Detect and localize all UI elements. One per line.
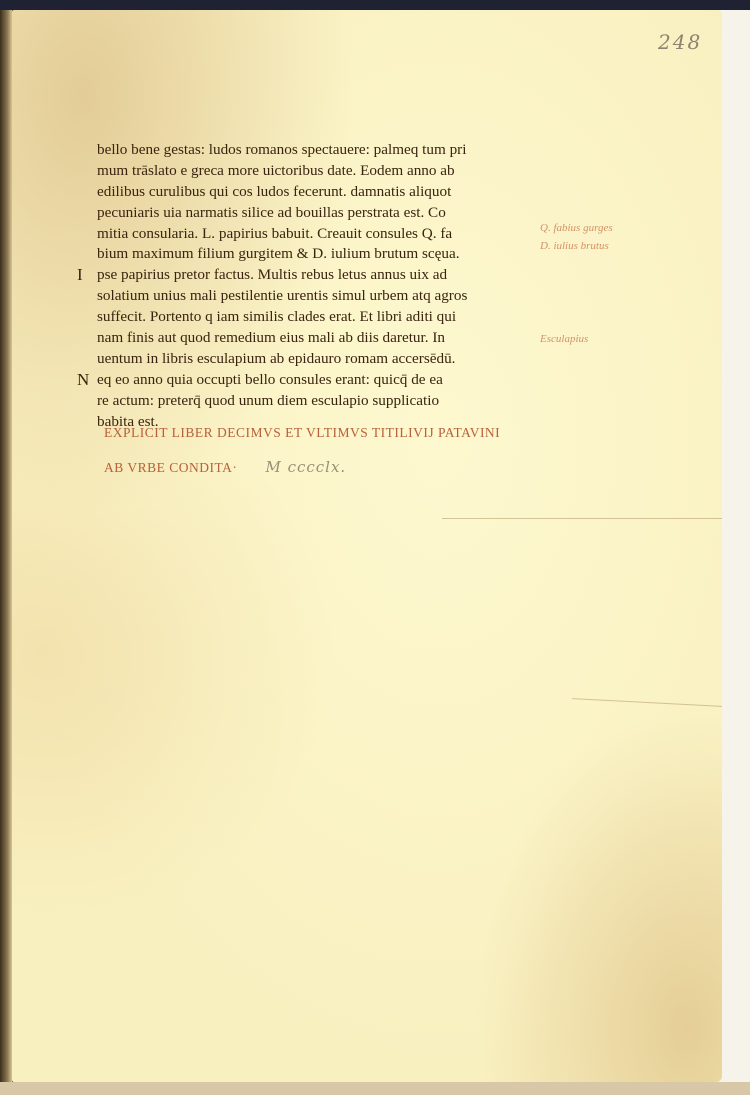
text-line: pecuniaris uia narmatis silice ad bouill…	[97, 203, 467, 224]
rubric-text: AB VRBE CONDITA·	[104, 460, 237, 475]
marginal-note: D. iulius brutus	[540, 240, 609, 252]
text-line: suffecit. Portento q iam similis clades …	[97, 307, 467, 328]
text-line-with-initial: Ipse papirius pretor factus. Multis rebu…	[97, 265, 467, 286]
text-line: solatium unius mali pestilentie urentis …	[97, 286, 467, 307]
text-line: re actum: preterq̄ quod unum diem escula…	[97, 391, 467, 412]
text-line-with-initial: Neq eo anno quia occupti bello consules …	[97, 370, 467, 391]
marginal-note: Esculapius	[540, 333, 588, 345]
initial-letter: I	[77, 265, 83, 286]
book-spine	[0, 10, 12, 1095]
scan-frame-top	[0, 0, 750, 10]
text-line: edilibus curulibus qui cos ludos fecerun…	[97, 182, 467, 203]
text-line: mum trāslato e greca more uictoribus dat…	[97, 161, 467, 182]
text-line: eq eo anno quia occupti bello consules e…	[97, 371, 443, 388]
text-line: bello bene gestas: ludos romanos spectau…	[97, 140, 467, 161]
explicit-rubric: EXPLICIT LIBER DECIMVS ET VLTIMVS TITILI…	[104, 425, 500, 441]
page-crease	[442, 518, 722, 519]
text-line: nam finis aut quod remedium eius mali ab…	[97, 328, 467, 349]
explicit-rubric-line2: AB VRBE CONDITA·M cccclx.	[104, 458, 346, 476]
text-line: pse papirius pretor factus. Multis rebus…	[97, 266, 447, 283]
main-text-block: bello bene gestas: ludos romanos spectau…	[97, 140, 467, 432]
marginal-note: Q. fabius gurges	[540, 222, 613, 234]
text-line: uentum in libris esculapium ab epidauro …	[97, 349, 467, 370]
text-line: mitia consularia. L. papirius babuit. Cr…	[97, 224, 467, 245]
date-numeral: M cccclx.	[265, 458, 346, 476]
text-line: bium maximum filium gurgitem & D. iulium…	[97, 244, 467, 265]
initial-letter: N	[77, 370, 89, 391]
scan-bottom-edge	[0, 1082, 750, 1095]
page-crease	[572, 698, 722, 707]
folio-number: 248	[658, 30, 702, 54]
